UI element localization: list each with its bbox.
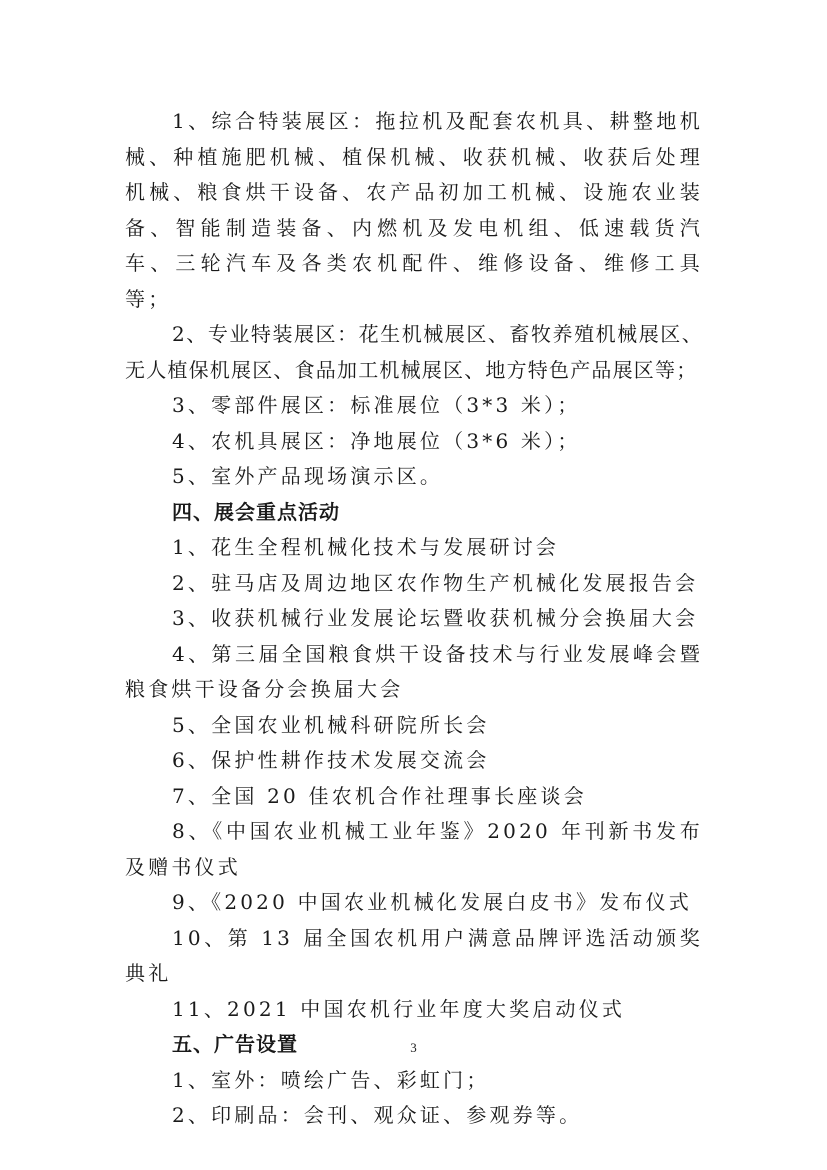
activity-item: 8、《中国农业机械工业年鉴》2020 年刊新书发布及赠书仪式: [125, 814, 703, 885]
activity-item: 11、2021 中国农机行业年度大奖启动仪式: [125, 992, 703, 1028]
advertising-item: 1、室外：喷绘广告、彩虹门；: [125, 1063, 703, 1099]
section-heading-key-activities: 四、展会重点活动: [125, 495, 703, 531]
exhibit-zone-item: 3、零部件展区：标准展位（3*3 米）；: [125, 388, 703, 424]
activity-item: 3、收获机械行业发展论坛暨收获机械分会换届大会: [125, 601, 703, 637]
exhibit-zone-item: 2、专业特装展区：花生机械展区、畜牧养殖机械展区、无人植保机展区、食品加工机械展…: [125, 317, 703, 388]
activity-item: 2、驻马店及周边地区农作物生产机械化发展报告会: [125, 566, 703, 602]
activity-item: 10、第 13 届全国农机用户满意品牌评选活动颁奖典礼: [125, 921, 703, 992]
activity-item: 1、花生全程机械化技术与发展研讨会: [125, 530, 703, 566]
activity-item: 7、全国 20 佳农机合作社理事长座谈会: [125, 779, 703, 815]
activity-item: 9、《2020 中国农业机械化发展白皮书》发布仪式: [125, 885, 703, 921]
exhibit-zone-item: 5、室外产品现场演示区。: [125, 459, 703, 495]
document-page: 1、综合特装展区：拖拉机及配套农机具、耕整地机械、种植施肥机械、植保机械、收获机…: [125, 104, 703, 1134]
activity-item: 4、第三届全国粮食烘干设备技术与行业发展峰会暨粮食烘干设备分会换届大会: [125, 637, 703, 708]
activity-item: 5、全国农业机械科研院所长会: [125, 708, 703, 744]
exhibit-zone-item: 4、农机具展区：净地展位（3*6 米）；: [125, 424, 703, 460]
exhibit-zone-item: 1、综合特装展区：拖拉机及配套农机具、耕整地机械、种植施肥机械、植保机械、收获机…: [125, 104, 703, 317]
activity-item: 6、保护性耕作技术发展交流会: [125, 743, 703, 779]
page-number: 3: [0, 1040, 827, 1056]
advertising-item: 2、印刷品：会刊、观众证、参观券等。: [125, 1098, 703, 1134]
